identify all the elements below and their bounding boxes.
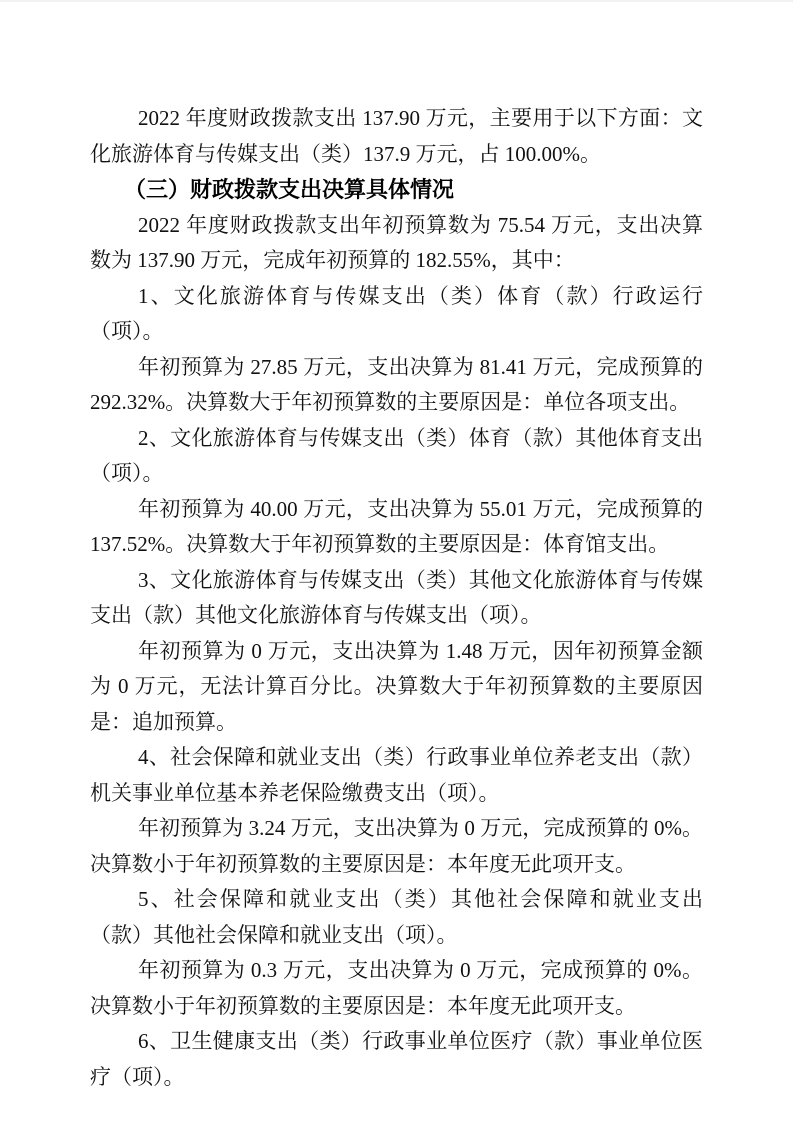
body-paragraph: 年初预算为 0.3 万元，支出决算为 0 万元，完成预算的 0%。决算数小于年初… xyxy=(90,953,703,1024)
body-paragraph: 2022 年度财政拨款支出年初预算数为 75.54 万元，支出决算数为 137.… xyxy=(90,208,703,279)
document-page: 2022 年度财政拨款支出 137.90 万元，主要用于以下方面：文化旅游体育与… xyxy=(0,0,793,1122)
body-paragraph: 4、社会保障和就业支出（类）行政事业单位养老支出（款）机关事业单位基本养老保险缴… xyxy=(90,740,703,811)
body-paragraph: 6、卫生健康支出（类）行政事业单位医疗（款）事业单位医疗（项）。 xyxy=(90,1024,703,1095)
section-heading: （三）财政拨款支出决算具体情况 xyxy=(90,172,703,208)
body-paragraph: 1、文化旅游体育与传媒支出（类）体育（款）行政运行（项）。 xyxy=(90,279,703,350)
document-content: 2022 年度财政拨款支出 137.90 万元，主要用于以下方面：文化旅游体育与… xyxy=(90,101,703,1095)
body-paragraph: 2、文化旅游体育与传媒支出（类）体育（款）其他体育支出（项）。 xyxy=(90,421,703,492)
body-paragraph: 5、社会保障和就业支出（类）其他社会保障和就业支出（款）其他社会保障和就业支出（… xyxy=(90,882,703,953)
body-paragraph: 年初预算为 27.85 万元，支出决算为 81.41 万元，完成预算的 292.… xyxy=(90,350,703,421)
body-paragraph: 年初预算为 0 万元，支出决算为 1.48 万元，因年初预算金额为 0 万元，无… xyxy=(90,634,703,741)
body-paragraph: 年初预算为 40.00 万元，支出决算为 55.01 万元，完成预算的 137.… xyxy=(90,492,703,563)
body-paragraph: 2022 年度财政拨款支出 137.90 万元，主要用于以下方面：文化旅游体育与… xyxy=(90,101,703,172)
body-paragraph: 年初预算为 3.24 万元，支出决算为 0 万元，完成预算的 0%。决算数小于年… xyxy=(90,811,703,882)
body-paragraph: 3、文化旅游体育与传媒支出（类）其他文化旅游体育与传媒支出（款）其他文化旅游体育… xyxy=(90,563,703,634)
